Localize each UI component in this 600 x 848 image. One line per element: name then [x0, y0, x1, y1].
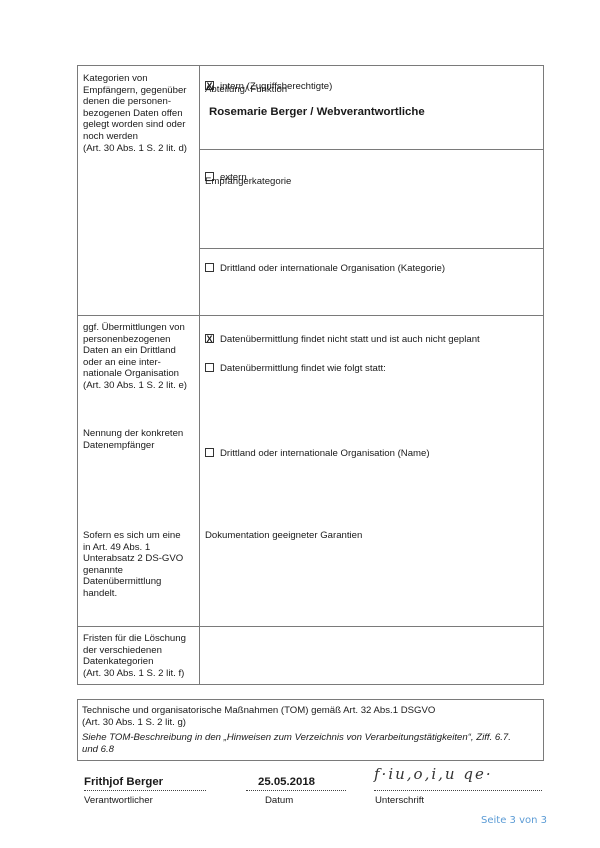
option-third-country-name-label: Drittland oder internationale Organisati…: [220, 448, 430, 459]
date-dotted-line: [246, 790, 346, 791]
tom-title: Technische und organisatorische Maßnahme…: [82, 705, 435, 717]
option-third-country-category-label: Drittland oder internationale Organisati…: [220, 263, 445, 274]
field-intern-value[interactable]: Rosemarie Berger / Webverantwortliche: [209, 106, 425, 118]
page-number: Seite 3 von 3: [481, 815, 547, 826]
responsible-dotted-line: [84, 790, 206, 791]
field-deletion-periods[interactable]: [201, 628, 541, 682]
handwritten-signature: f·iu,o,i,u qe·: [374, 765, 493, 783]
responsible-name[interactable]: Frithjof Berger: [84, 776, 163, 788]
table-border-left: [77, 65, 78, 685]
row-divider-1: [77, 315, 544, 316]
table-border-top: [77, 65, 544, 66]
label-department-function: Abteilung/ Funktion: [205, 84, 287, 96]
column-divider: [199, 65, 200, 685]
option-transfer-label: Datenübermittlung findet wie folgt statt…: [220, 363, 386, 374]
divider-extern-drittland: [199, 248, 544, 249]
date-value[interactable]: 25.05.2018: [258, 776, 315, 788]
row-label-recipient-categories: Kategorien von Empfängern, gegenüber den…: [83, 73, 187, 154]
tom-note: Siehe TOM-Beschreibung in den „Hinweisen…: [82, 732, 511, 755]
label-guarantees-documentation: Dokumentation geeigneter Garantien: [205, 530, 362, 542]
option-no-transfer-label: Datenübermittlung findet nicht statt und…: [220, 334, 480, 345]
checkbox-third-country-category[interactable]: [205, 263, 214, 272]
label-recipient-category: Empfängerkategorie: [205, 176, 291, 188]
signature-dotted-line: [374, 790, 542, 791]
option-third-country-name[interactable]: Drittland oder internationale Organisati…: [205, 436, 430, 459]
tom-reference: (Art. 30 Abs. 1 S. 2 lit. g): [82, 717, 186, 729]
row-label-deletion-periods: Fristen für die Löschung der verschieden…: [83, 633, 186, 679]
option-third-country-category[interactable]: Drittland oder internationale Organisati…: [205, 251, 445, 274]
row-label-concrete-recipients: Nennung der konkreten Datenempfänger: [83, 428, 183, 451]
signature-label: Unterschrift: [375, 795, 424, 806]
option-no-transfer[interactable]: Datenübermittlung findet nicht statt und…: [205, 322, 480, 345]
responsible-label: Verantwortlicher: [84, 795, 153, 806]
row-divider-2: [77, 626, 544, 627]
checkbox-transfer[interactable]: [205, 363, 214, 372]
date-label: Datum: [265, 795, 293, 806]
table-border-right: [543, 65, 544, 685]
option-transfer[interactable]: Datenübermittlung findet wie folgt statt…: [205, 351, 386, 374]
row-label-third-country-transfers: ggf. Übermittlungen von personenbezogene…: [83, 322, 187, 392]
tom-box: Technische und organisatorische Maßnahme…: [77, 699, 544, 761]
checkbox-third-country-name[interactable]: [205, 448, 214, 457]
divider-intern-extern: [199, 149, 544, 150]
checkbox-no-transfer[interactable]: [205, 334, 214, 343]
row-label-art49: Sofern es sich um eine in Art. 49 Abs. 1…: [83, 530, 183, 600]
table-border-bottom: [77, 684, 544, 685]
